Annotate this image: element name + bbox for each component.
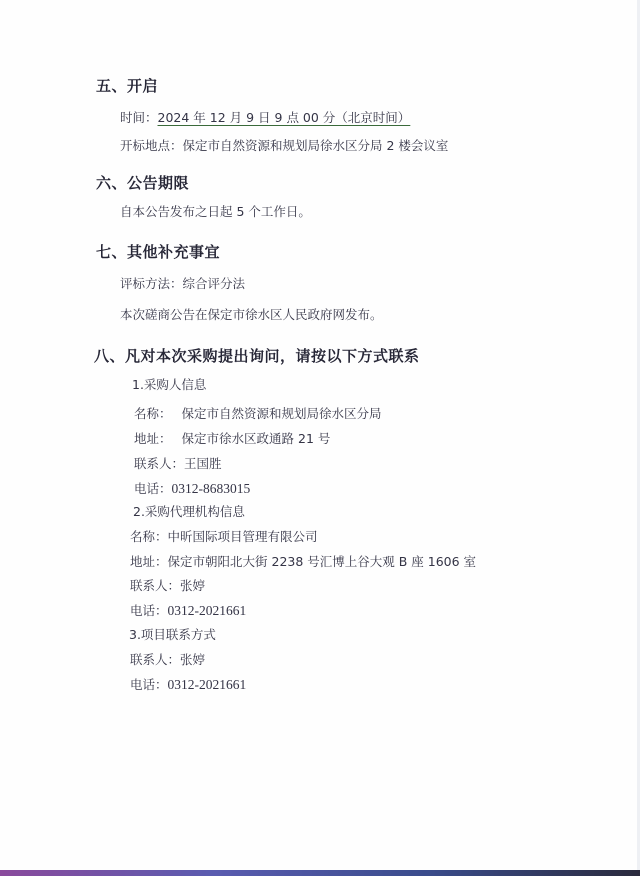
agency-phone-row: 电话：0312-2021661 xyxy=(130,604,246,618)
project-phone-label: 电话： xyxy=(130,677,168,692)
project-contact-label: 联系人： xyxy=(130,652,180,667)
project-phone-row: 电话：0312-2021661 xyxy=(130,678,246,692)
agency-contact-label: 联系人： xyxy=(130,578,180,593)
agency-name-label: 名称： xyxy=(130,529,168,544)
section-5-heading: 五、开启 xyxy=(96,79,158,94)
opening-time-label: 时间： xyxy=(120,110,158,125)
agency-name-row: 名称：中昕国际项目管理有限公司 xyxy=(130,531,318,544)
project-contact-title: 3.项目联系方式 xyxy=(129,629,216,642)
opening-place-row: 开标地点：保定市自然资源和规划局徐水区分局 2 楼会议室 xyxy=(120,140,448,153)
purchaser-phone-label: 电话： xyxy=(134,481,172,496)
purchaser-name-value: 保定市自然资源和规划局徐水区分局 xyxy=(182,406,382,421)
project-phone-value: 0312-2021661 xyxy=(168,677,247,692)
opening-time-value: 2024 年 12 月 9 日 9 点 00 分（北京时间） xyxy=(158,110,411,125)
opening-place-value: 保定市自然资源和规划局徐水区分局 2 楼会议室 xyxy=(183,138,449,153)
section-8-heading: 八、凡对本次采购提出询问，请按以下方式联系 xyxy=(94,349,420,364)
project-contact-value: 张婷 xyxy=(180,652,205,667)
agency-phone-value: 0312-2021661 xyxy=(168,603,247,618)
project-contact-row: 联系人：张婷 xyxy=(130,654,205,667)
purchaser-name-row: 名称：保定市自然资源和规划局徐水区分局 xyxy=(134,408,382,421)
agency-name-value: 中昕国际项目管理有限公司 xyxy=(168,529,318,544)
agency-address-label: 地址： xyxy=(130,554,168,569)
scan-artifact-strip xyxy=(0,870,640,876)
evaluation-method-value: 综合评分法 xyxy=(183,276,246,291)
purchaser-contact-label: 联系人： xyxy=(134,456,184,471)
agency-info-title: 2.采购代理机构信息 xyxy=(133,506,245,519)
purchaser-contact-row: 联系人：王国胜 xyxy=(134,458,222,471)
agency-address-value: 保定市朝阳北大街 2238 号汇博上谷大观 B 座 1606 室 xyxy=(168,554,477,569)
purchaser-address-value: 保定市徐水区政通路 21 号 xyxy=(182,431,331,446)
purchaser-phone-row: 电话：0312-8683015 xyxy=(134,482,250,496)
announcement-period-text: 自本公告发布之日起 5 个工作日。 xyxy=(120,206,311,219)
scanned-document-page: 五、开启 时间：2024 年 12 月 9 日 9 点 00 分（北京时间） 开… xyxy=(0,0,640,870)
section-7-heading: 七、其他补充事宜 xyxy=(96,245,220,260)
opening-place-label: 开标地点： xyxy=(120,138,183,153)
purchaser-address-row: 地址：保定市徐水区政通路 21 号 xyxy=(134,433,330,446)
opening-time-row: 时间：2024 年 12 月 9 日 9 点 00 分（北京时间） xyxy=(120,112,410,125)
purchaser-contact-value: 王国胜 xyxy=(184,456,222,471)
section-6-heading: 六、公告期限 xyxy=(96,176,189,191)
agency-phone-label: 电话： xyxy=(130,603,168,618)
purchaser-name-label: 名称： xyxy=(134,406,172,421)
publish-channel-text: 本次磋商公告在保定市徐水区人民政府网发布。 xyxy=(120,309,383,322)
agency-contact-row: 联系人：张婷 xyxy=(130,580,205,593)
evaluation-method-label: 评标方法： xyxy=(120,276,183,291)
agency-address-row: 地址：保定市朝阳北大街 2238 号汇博上谷大观 B 座 1606 室 xyxy=(130,556,476,569)
purchaser-phone-value: 0312-8683015 xyxy=(172,481,251,496)
purchaser-address-label: 地址： xyxy=(134,431,172,446)
purchaser-info-title: 1.采购人信息 xyxy=(132,379,206,392)
agency-contact-value: 张婷 xyxy=(180,578,205,593)
evaluation-method-row: 评标方法：综合评分法 xyxy=(120,278,245,291)
